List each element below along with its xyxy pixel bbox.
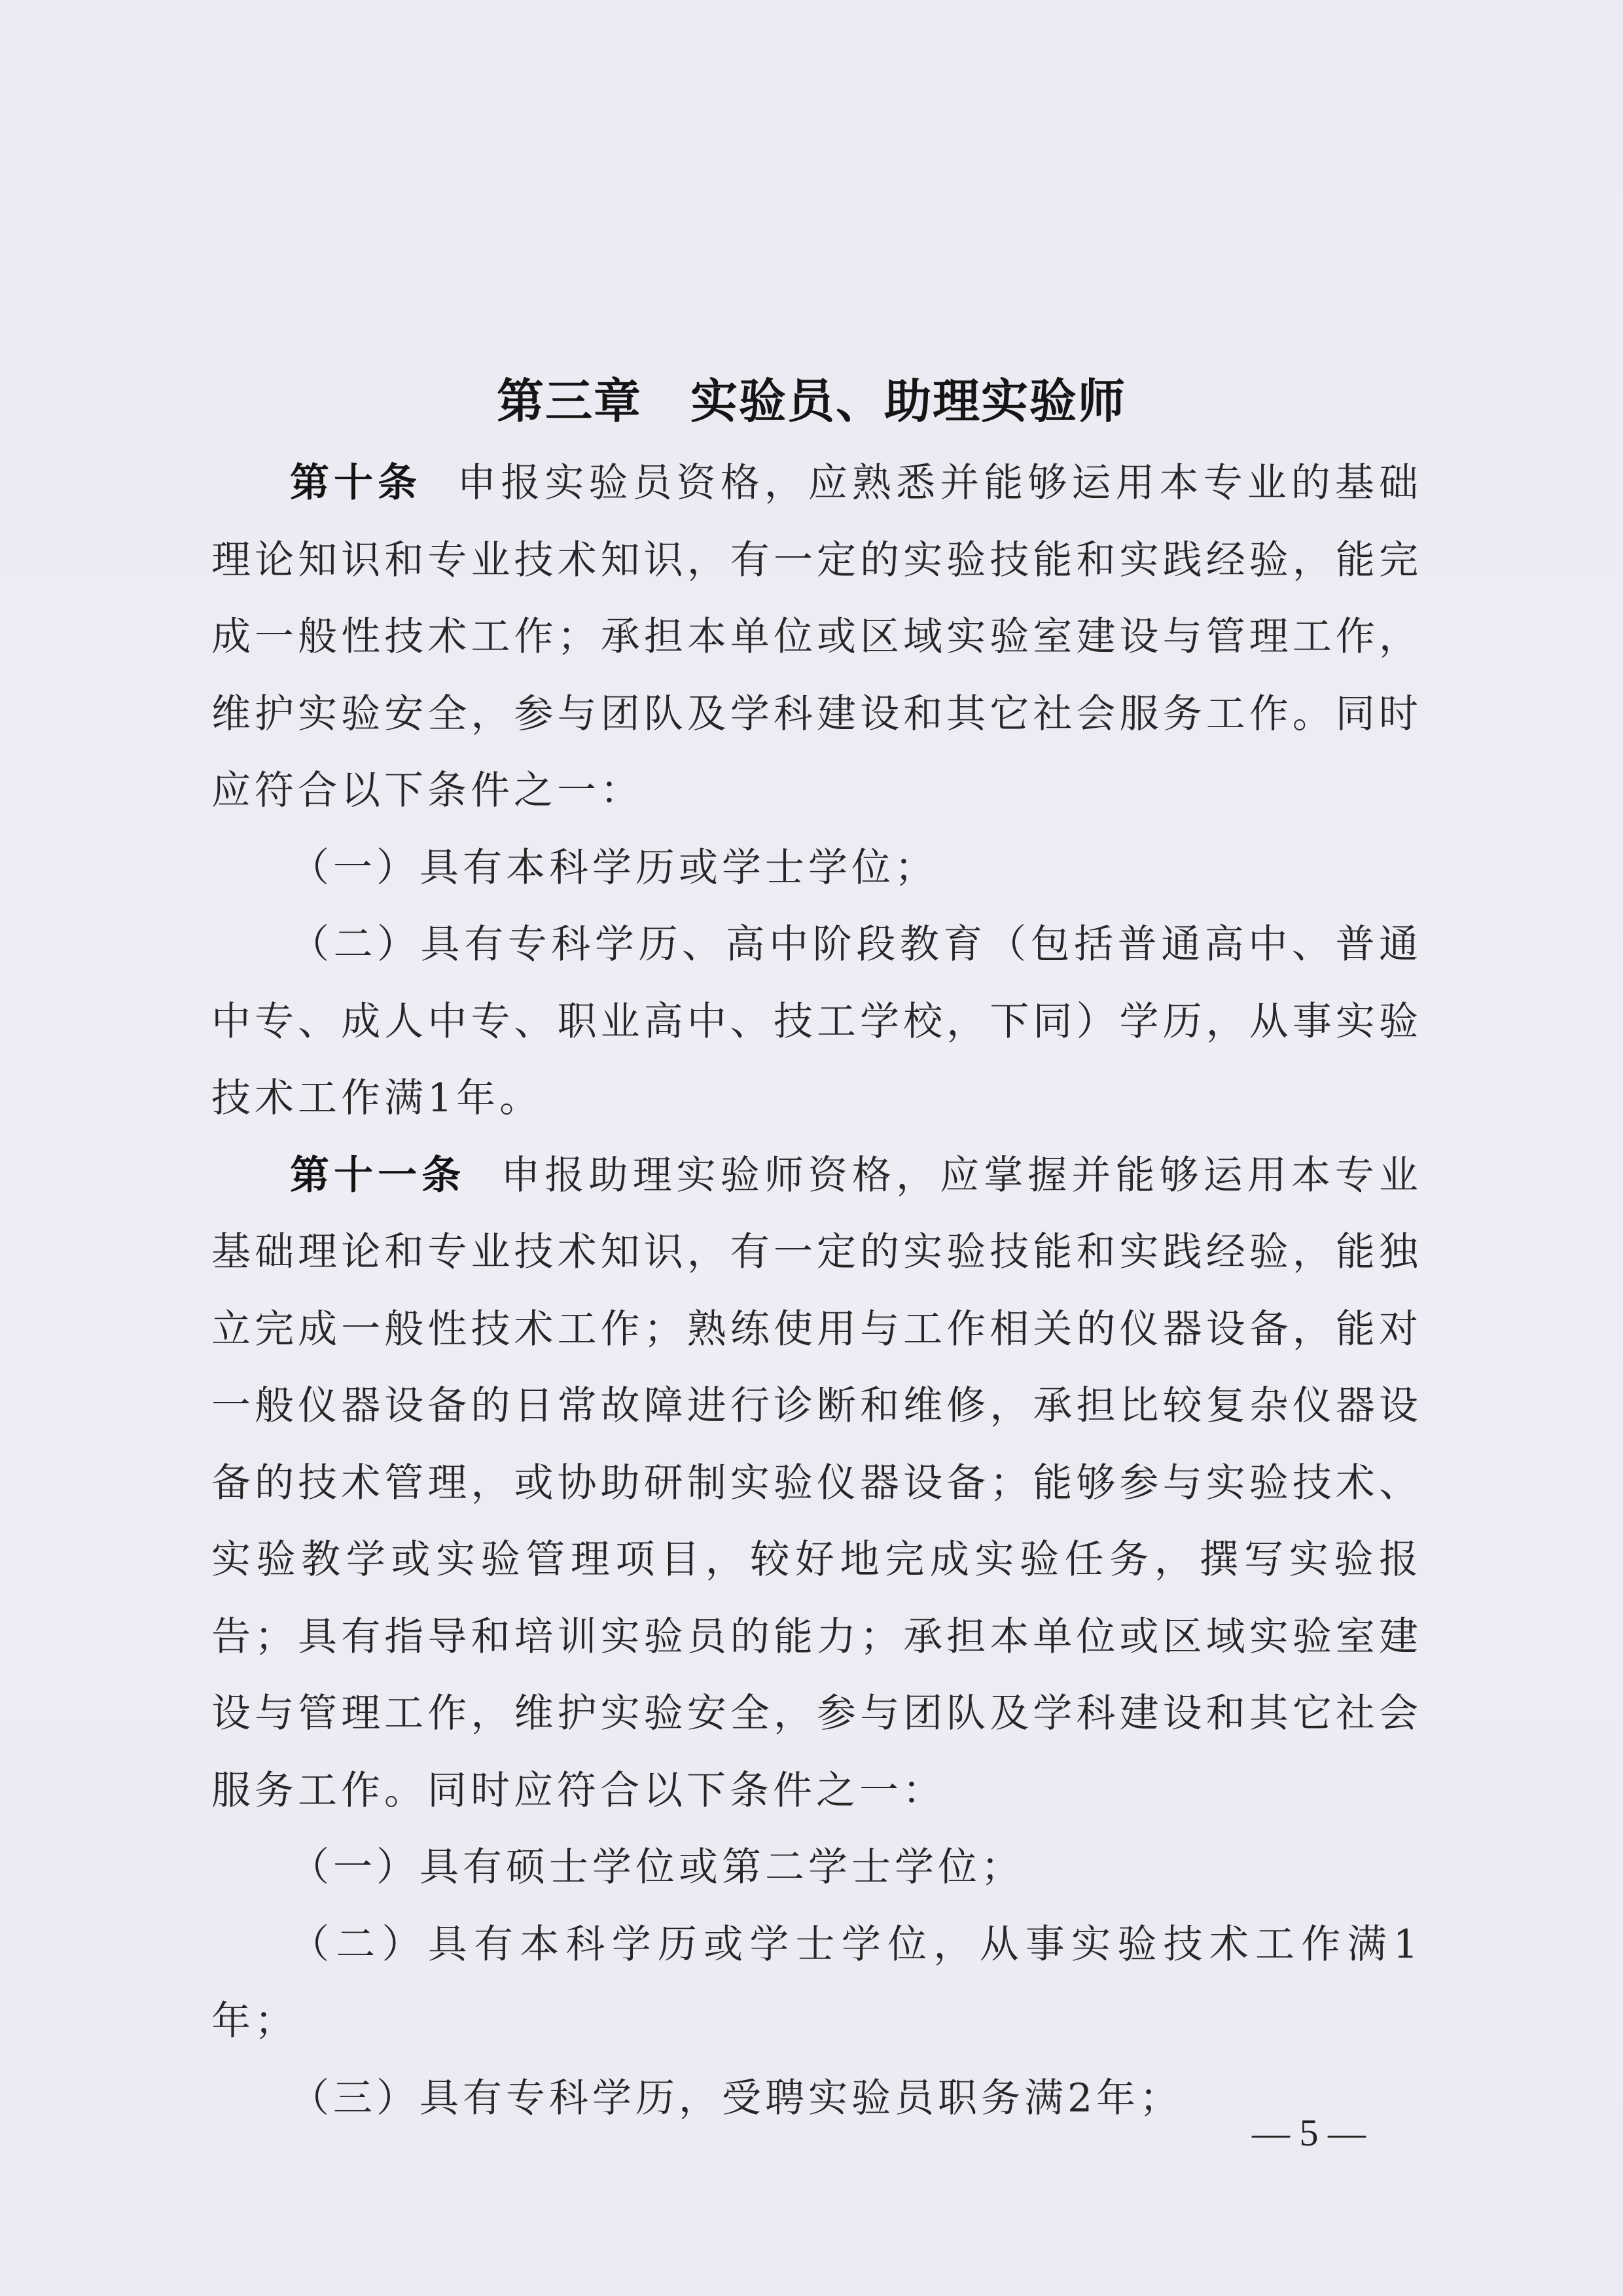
article-11: 第十一条申报助理实验师资格，应掌握并能够运用本专业基础理论和专业技术知识，有一定… (211, 1138, 1422, 1830)
article-11-item-1: （一）具有硕士学位或第二学士学位； (211, 1829, 1422, 1907)
article-10: 第十条申报实验员资格，应熟悉并能够运用本专业的基础理论知识和专业技术知识，有一定… (211, 445, 1422, 830)
article-number: 第十一条 (290, 1153, 465, 1198)
document-body: 第十条申报实验员资格，应熟悉并能够运用本专业的基础理论知识和专业技术知识，有一定… (211, 445, 1422, 2137)
article-10-item-2: （二）具有专科学历、高中阶段教育（包括普通高中、普通中专、成人中专、职业高中、技… (211, 906, 1422, 1138)
article-number: 第十条 (290, 460, 421, 506)
article-11-item-2: （二）具有本科学历或学士学位，从事实验技术工作满1年； (211, 1907, 1422, 2060)
document-page: 第三章 实验员、助理实验师 第十条申报实验员资格，应熟悉并能够运用本专业的基础理… (0, 0, 1623, 2296)
page-number: — 5 — (1230, 2111, 1387, 2155)
article-text: 申报助理实验师资格，应掌握并能够运用本专业基础理论和专业技术知识，有一定的实验技… (211, 1153, 1422, 1814)
article-10-item-1: （一）具有本科学历或学士学位； (211, 830, 1422, 907)
article-text: 申报实验员资格，应熟悉并能够运用本专业的基础理论知识和专业技术知识，有一定的实验… (211, 460, 1422, 814)
chapter-title: 第三章 实验员、助理实验师 (0, 363, 1623, 431)
